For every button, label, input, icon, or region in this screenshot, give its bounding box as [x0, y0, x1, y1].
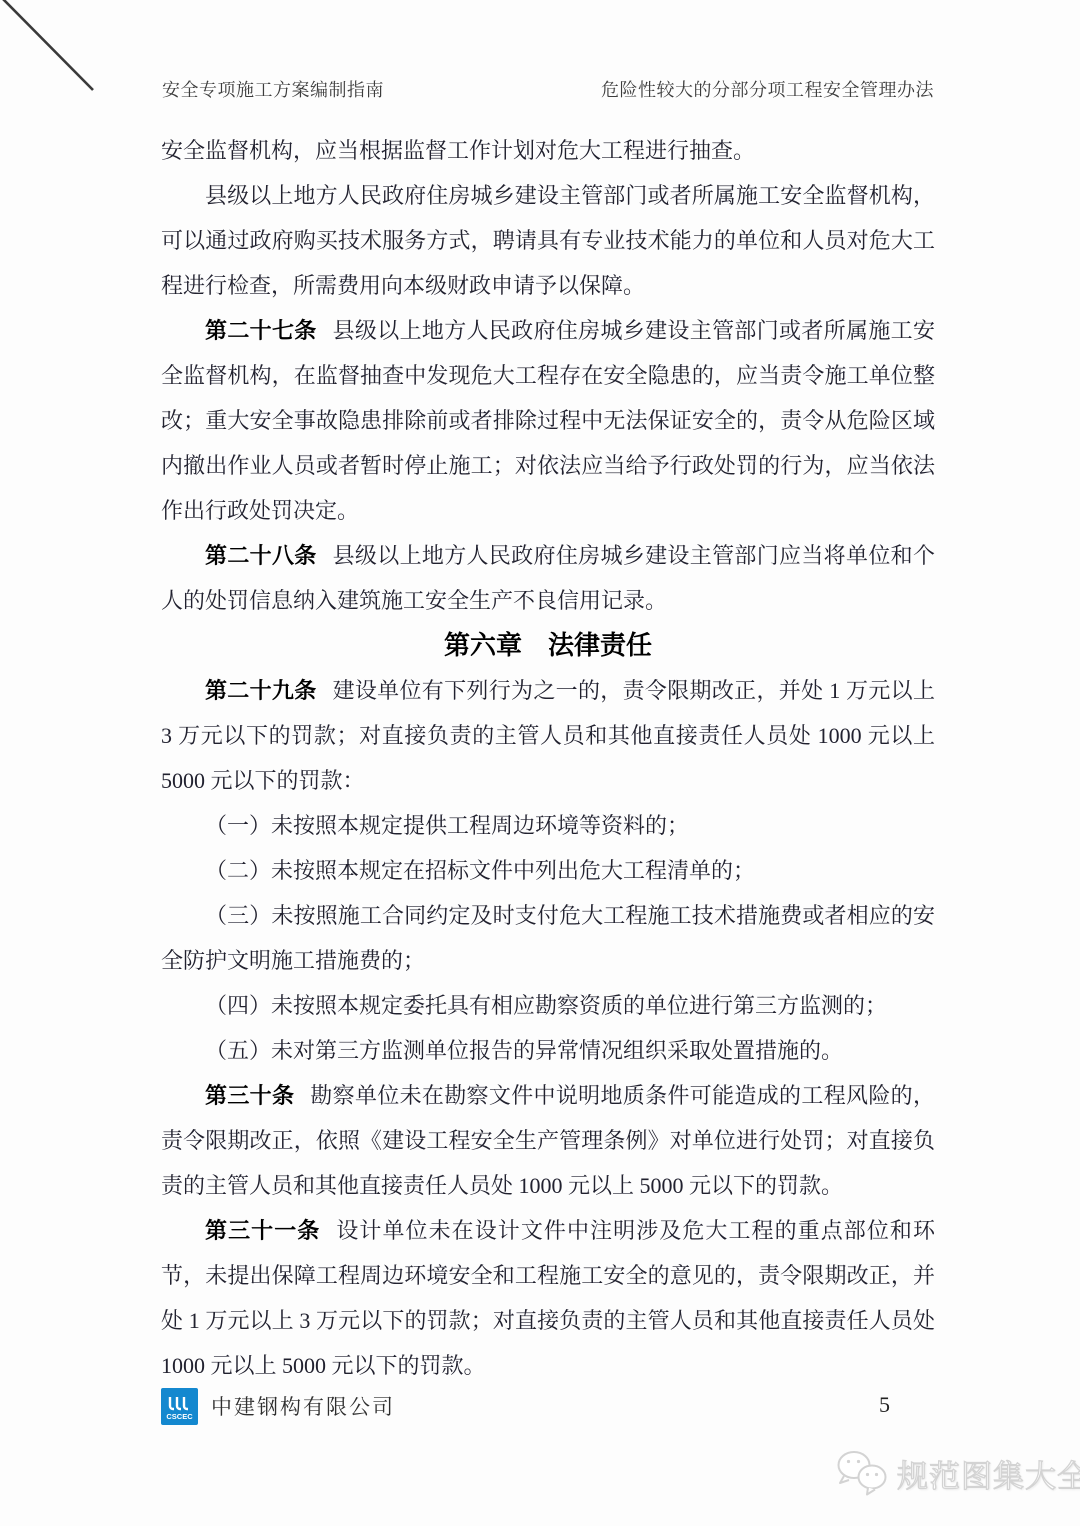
article-number: 第三十条 [205, 1083, 294, 1108]
wechat-icon [834, 1448, 892, 1498]
cscec-logo-text: CSCEC [166, 1412, 193, 1421]
header-right-title: 危险性较大的分部分项工程安全管理办法 [601, 76, 934, 102]
list-item-3: （三）未按照施工合同约定及时支付危大工程施工技术措施费或者相应的安全防护文明施工… [161, 893, 935, 983]
paragraph-text: 县级以上地方人民政府住房城乡建设主管部门或者所属施工安全监督机构，在监督抽查中发… [161, 318, 935, 523]
corner-scan-line [0, 0, 110, 100]
watermark: 规范图集大全 [834, 1448, 1080, 1498]
running-header: 安全专项施工方案编制指南 危险性较大的分部分项工程安全管理办法 [162, 76, 934, 102]
paragraph: 安全监督机构，应当根据监督工作计划对危大工程进行抽查。 [161, 128, 935, 173]
footer-company-name: 中建钢构有限公司 [211, 1391, 395, 1421]
paragraph-text: （四）未按照本规定委托具有相应勘察资质的单位进行第三方监测的； [205, 993, 887, 1018]
list-item-2: （二）未按照本规定在招标文件中列出危大工程清单的； [161, 848, 935, 893]
page-number: 5 [879, 1392, 890, 1418]
paragraph-text: 县级以上地方人民政府住房城乡建设主管部门或者所属施工安全监督机构，可以通过政府购… [161, 183, 935, 298]
list-item-5: （五）未对第三方监测单位报告的异常情况组织采取处置措施的。 [161, 1028, 935, 1073]
watermark-label: 规范图集大全 [897, 1451, 1080, 1496]
paragraph-article-28: 第二十八条县级以上地方人民政府住房城乡建设主管部门应当将单位和个人的处罚信息纳入… [161, 533, 935, 623]
header-left-title: 安全专项施工方案编制指南 [162, 76, 384, 102]
cscec-logo-icon: CSCEC [161, 1388, 198, 1425]
article-number: 第二十七条 [205, 318, 317, 343]
paragraph-text: 安全监督机构，应当根据监督工作计划对危大工程进行抽查。 [161, 138, 755, 163]
paragraph-text: （三）未按照施工合同约定及时支付危大工程施工技术措施费或者相应的安全防护文明施工… [161, 903, 935, 973]
paragraph-article-27: 第二十七条县级以上地方人民政府住房城乡建设主管部门或者所属施工安全监督机构，在监… [161, 308, 935, 533]
article-number: 第二十八条 [205, 543, 317, 568]
paragraph: 县级以上地方人民政府住房城乡建设主管部门或者所属施工安全监督机构，可以通过政府购… [161, 173, 935, 308]
paragraph-text: （一）未按照本规定提供工程周边环境等资料的； [205, 813, 689, 838]
paragraph-text: （五）未对第三方监测单位报告的异常情况组织采取处置措施的。 [205, 1038, 843, 1063]
list-item-1: （一）未按照本规定提供工程周边环境等资料的； [161, 803, 935, 848]
page-footer: CSCEC 中建钢构有限公司 [161, 1386, 935, 1426]
list-item-4: （四）未按照本规定委托具有相应勘察资质的单位进行第三方监测的； [161, 983, 935, 1028]
paragraph-article-30: 第三十条勘察单位未在勘察文件中说明地质条件可能造成的工程风险的，责令限期改正，依… [161, 1073, 935, 1208]
article-number: 第三十一条 [205, 1218, 320, 1243]
paragraph-article-29: 第二十九条建设单位有下列行为之一的，责令限期改正，并处 1 万元以上 3 万元以… [161, 668, 935, 803]
article-number: 第二十九条 [205, 678, 317, 703]
document-body: 安全监督机构，应当根据监督工作计划对危大工程进行抽查。 县级以上地方人民政府住房… [161, 128, 935, 1388]
paragraph-text: （二）未按照本规定在招标文件中列出危大工程清单的； [205, 858, 755, 883]
paragraph-article-31: 第三十一条设计单位未在设计文件中注明涉及危大工程的重点部位和环节，未提出保障工程… [161, 1208, 935, 1388]
chapter-heading: 第六章 法律责任 [161, 623, 935, 668]
